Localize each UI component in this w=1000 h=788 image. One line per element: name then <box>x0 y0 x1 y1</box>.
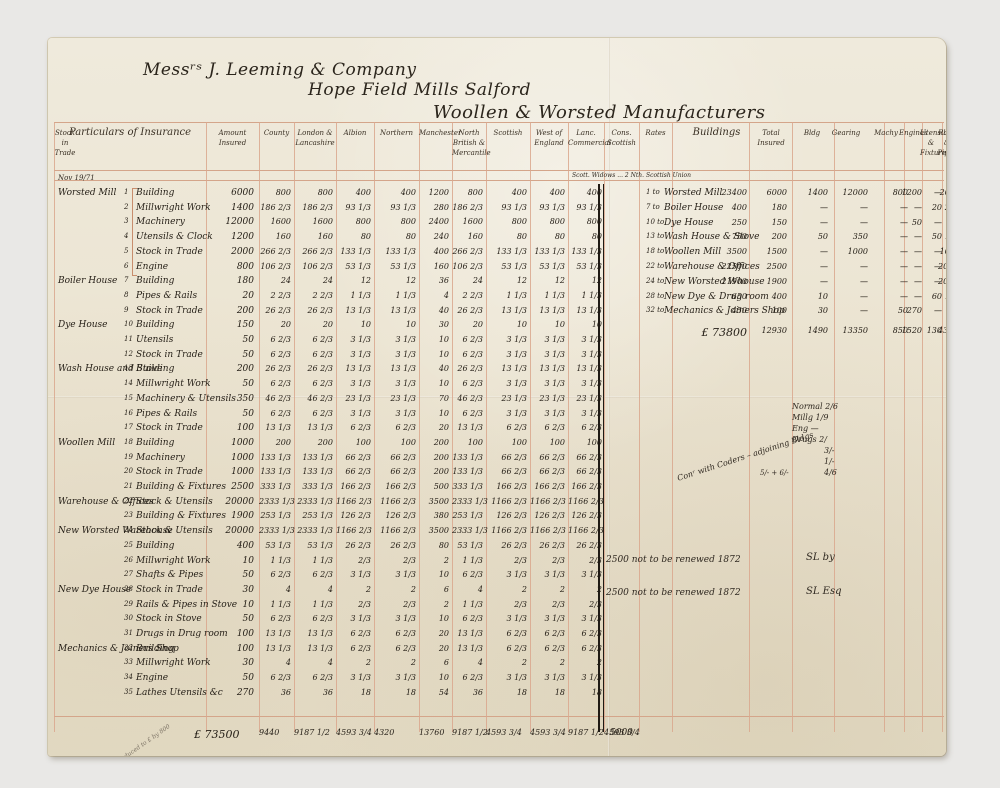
row-share: 4 <box>259 585 291 594</box>
row-share: 266 2/3 <box>294 247 333 256</box>
row-share: 1600 <box>294 217 333 226</box>
row-share: 2 <box>486 585 527 594</box>
row-share: 160 <box>294 232 333 241</box>
row-share: 13 1/3 <box>452 423 483 432</box>
row-share: 3 1/3 <box>486 335 527 344</box>
column-rule <box>922 122 923 732</box>
row-share: 12 <box>486 276 527 285</box>
row-share: 13 1/3 <box>486 364 527 373</box>
row-number: 11 <box>124 335 133 343</box>
row-item: Engine <box>136 262 168 272</box>
row-share: 10 <box>419 673 449 682</box>
row-share: 1 1/3 <box>452 600 483 609</box>
row-share: 6 2/3 <box>452 350 483 359</box>
letterhead: Messʳˢ J. Leeming & Company Hope Field M… <box>143 60 843 130</box>
row-share: 46 2/3 <box>294 394 333 403</box>
building-value: 270 <box>900 306 922 315</box>
building-value: 50 <box>938 218 946 227</box>
row-share: 18 <box>530 688 565 697</box>
row-share: 333 1/3 <box>259 482 291 491</box>
row-share: 253 1/3 <box>294 511 333 520</box>
row-share: 13 1/3 <box>530 364 565 373</box>
building-value: 50 <box>792 232 828 241</box>
building-value: 1200 <box>900 188 922 197</box>
row-group-label: Boiler House <box>58 276 117 286</box>
row-share: 400 <box>568 188 602 197</box>
row-amount: 10 <box>206 600 254 610</box>
row-share: 13 1/3 <box>294 644 333 653</box>
row-share: 80 <box>568 232 602 241</box>
row-share: 2333 1/3 <box>294 497 333 506</box>
row-share: 53 1/3 <box>259 541 291 550</box>
row-share: 126 2/3 <box>530 511 565 520</box>
column-header: Cons. Scottish <box>604 128 639 148</box>
row-number: 8 <box>124 291 128 299</box>
building-value: — <box>832 218 868 227</box>
row-number: 25 <box>124 541 133 549</box>
row-share: 6 2/3 <box>530 644 565 653</box>
row-amount: 50 <box>206 350 254 360</box>
row-item: Stock in Trade <box>136 467 203 477</box>
column-header: Amount Insured <box>206 128 259 148</box>
row-share: 2333 1/3 <box>259 497 291 506</box>
row-share: 3 1/3 <box>486 673 527 682</box>
building-value: 21900 <box>709 277 747 286</box>
row-share: 1166 2/3 <box>336 497 371 506</box>
row-share: 10 <box>530 320 565 329</box>
row-amount: 1200 <box>206 232 254 242</box>
row-group-label: New Dye House <box>58 585 131 595</box>
row-share: 186 2/3 <box>259 203 291 212</box>
building-value: 400 <box>709 203 747 212</box>
row-share: 6 2/3 <box>452 409 483 418</box>
row-share: 1 1/3 <box>530 291 565 300</box>
row-share: 23 1/3 <box>568 394 602 403</box>
row-share: 3 1/3 <box>530 409 565 418</box>
building-ref: 1 to <box>646 188 660 196</box>
row-item: Stock in Trade <box>136 585 203 595</box>
row-share: 3500 <box>419 526 449 535</box>
row-share: 18 <box>374 688 416 697</box>
building-ref: 24 to <box>646 277 664 285</box>
row-share: 200 <box>259 438 291 447</box>
row-share: 1 1/3 <box>568 291 602 300</box>
row-share: 106 2/3 <box>452 262 483 271</box>
row-share: 80 <box>486 232 527 241</box>
column-header: Lanc. Commercial <box>568 128 604 148</box>
row-share: 18 <box>568 688 602 697</box>
row-share: 133 1/3 <box>294 453 333 462</box>
row-share: 3 1/3 <box>568 409 602 418</box>
row-number: 34 <box>124 673 133 681</box>
row-share: 6 2/3 <box>294 409 333 418</box>
row-share: 66 2/3 <box>336 467 371 476</box>
building-value: 12000 <box>832 188 868 197</box>
building-value: — <box>900 292 922 301</box>
building-value: 23400 <box>709 188 747 197</box>
row-share: 1 1/3 <box>452 556 483 565</box>
rates-note: Normal 2/6 <box>792 402 838 411</box>
row-share: 2/3 <box>336 556 371 565</box>
row-share: 3 1/3 <box>486 409 527 418</box>
row-share: 2 2/3 <box>259 291 291 300</box>
row-share: 800 <box>374 217 416 226</box>
total-share: 4593 3/4 <box>486 728 522 737</box>
row-amount: 1400 <box>206 203 254 213</box>
row-share: 4 <box>294 658 333 667</box>
total-share: 9440 <box>259 728 279 737</box>
row-number: 16 <box>124 409 133 417</box>
row-number: 29 <box>124 600 133 608</box>
row-share: 6 2/3 <box>336 423 371 432</box>
row-amount: 1000 <box>206 453 254 463</box>
row-item: Stock in Trade <box>136 306 203 316</box>
row-share: 6 2/3 <box>374 644 416 653</box>
row-share: 13 1/3 <box>259 629 291 638</box>
row-share: 3 1/3 <box>374 570 416 579</box>
row-item: Pipes & Rails <box>136 409 197 419</box>
row-share: 3 1/3 <box>530 570 565 579</box>
row-share: 4 <box>452 585 483 594</box>
row-amount: 100 <box>206 644 254 654</box>
row-number: 26 <box>124 556 133 564</box>
horizontal-rule <box>54 180 944 181</box>
row-share: 2 2/3 <box>452 291 483 300</box>
row-share: 36 <box>294 688 333 697</box>
row-share: 66 2/3 <box>374 467 416 476</box>
row-share: 13 1/3 <box>294 423 333 432</box>
row-share: 13 1/3 <box>452 644 483 653</box>
column-rule <box>904 122 905 732</box>
rates-note: 1/- <box>824 457 835 466</box>
row-share: 2333 1/3 <box>294 526 333 535</box>
row-share: 126 2/3 <box>336 511 371 520</box>
row-item: Millwright Work <box>136 556 211 566</box>
column-rule <box>834 122 835 732</box>
building-value: 1500 <box>751 247 787 256</box>
row-share: 3 1/3 <box>530 673 565 682</box>
row-share: 4 <box>419 291 449 300</box>
pencil-note: reduced to £ by 800 <box>118 723 172 756</box>
row-share: 6 2/3 <box>530 423 565 432</box>
row-share: 2 <box>419 600 449 609</box>
row-share: 240 <box>419 232 449 241</box>
building-value: — <box>792 262 828 271</box>
row-number: 24 <box>124 526 133 534</box>
row-share: 12 <box>336 276 371 285</box>
row-share: 6 2/3 <box>452 379 483 388</box>
row-share: 3 1/3 <box>486 379 527 388</box>
row-share: 2400 <box>419 217 449 226</box>
row-number: 28 <box>124 585 133 593</box>
ledger-sheet: Messʳˢ J. Leeming & Company Hope Field M… <box>48 38 946 756</box>
column-header: Gearing <box>826 128 866 138</box>
building-value: 100 <box>751 306 787 315</box>
trade-line: Woollen & Worsted Manufacturers <box>433 102 766 123</box>
building-value: 20000 <box>938 277 946 286</box>
row-share: 6 2/3 <box>294 350 333 359</box>
row-share: 6 2/3 <box>259 570 291 579</box>
building-value: 250 <box>709 218 747 227</box>
building-value: 22500 <box>709 262 747 271</box>
row-number: 31 <box>124 629 133 637</box>
row-amount: 30 <box>206 585 254 595</box>
total-amount: £ 73500 <box>194 728 240 741</box>
row-share: 6 2/3 <box>374 629 416 638</box>
row-share: 333 1/3 <box>294 482 333 491</box>
column-header: Buildings <box>684 128 749 138</box>
row-share: 10 <box>419 570 449 579</box>
building-ref: 13 to <box>646 232 664 240</box>
row-share: 46 2/3 <box>452 394 483 403</box>
row-share: 1 1/3 <box>294 556 333 565</box>
row-share: 20 <box>294 320 333 329</box>
row-share: 133 1/3 <box>568 247 602 256</box>
row-share: 10 <box>419 335 449 344</box>
row-share: 3 1/3 <box>568 350 602 359</box>
row-share: 3 1/3 <box>336 379 371 388</box>
row-share: 400 <box>336 188 371 197</box>
row-share: 53 1/3 <box>294 541 333 550</box>
row-share: 2/3 <box>530 556 565 565</box>
row-share: 26 2/3 <box>294 364 333 373</box>
building-value: — <box>832 306 868 315</box>
building-total: 1520 <box>900 326 922 335</box>
building-value: — <box>832 292 868 301</box>
row-share: 200 <box>419 438 449 447</box>
row-share: 100 <box>486 438 527 447</box>
row-number: 6 <box>124 262 128 270</box>
row-share: 133 1/3 <box>486 247 527 256</box>
row-share: 36 <box>452 688 483 697</box>
column-header: London & Lancashire <box>294 128 336 148</box>
building-value: 1400 <box>792 188 828 197</box>
building-value: 1000 <box>832 247 868 256</box>
row-share: 1600 <box>259 217 291 226</box>
row-share: 166 2/3 <box>486 482 527 491</box>
column-header: Manchester <box>419 128 452 138</box>
row-share: 66 2/3 <box>374 453 416 462</box>
building-ref: 18 to <box>646 247 664 255</box>
row-share: 2 <box>419 556 449 565</box>
column-header: Rates <box>639 128 672 138</box>
row-share: 2 <box>568 658 602 667</box>
row-share: 1 1/3 <box>374 291 416 300</box>
row-share: 6 2/3 <box>568 629 602 638</box>
row-share: 3 1/3 <box>486 350 527 359</box>
row-share: 800 <box>452 188 483 197</box>
building-value: 750 <box>709 232 747 241</box>
row-share: 12 <box>374 276 416 285</box>
row-item: Building <box>136 276 174 286</box>
building-value: — <box>792 247 828 256</box>
column-header: Rails & Pipes <box>936 128 946 158</box>
row-number: 22 <box>124 497 133 505</box>
row-amount: 6000 <box>206 188 254 198</box>
row-share: 1 1/3 <box>259 556 291 565</box>
building-value: 10 <box>792 292 828 301</box>
row-share: 2/3 <box>486 556 527 565</box>
row-share: 3 1/3 <box>374 409 416 418</box>
row-share: 10 <box>419 409 449 418</box>
row-amount: 50 <box>206 673 254 683</box>
row-share: 24 <box>294 276 333 285</box>
row-amount: 180 <box>206 276 254 286</box>
row-share: 800 <box>530 217 565 226</box>
row-share: 1 1/3 <box>336 291 371 300</box>
row-number: 10 <box>124 320 133 328</box>
row-share: 3 1/3 <box>568 379 602 388</box>
row-amount: 100 <box>206 629 254 639</box>
total-share: 4593 3/4 <box>530 728 566 737</box>
row-item: Utensils & Clock <box>136 232 213 242</box>
row-share: 2 <box>336 658 371 667</box>
row-share: 66 2/3 <box>530 453 565 462</box>
building-value: 350 <box>832 232 868 241</box>
row-share: 166 2/3 <box>568 482 602 491</box>
row-number: 30 <box>124 614 133 622</box>
row-share: 3 1/3 <box>336 570 371 579</box>
column-header: Particulars of Insurance <box>54 128 206 138</box>
building-total: 1490 <box>792 326 828 335</box>
row-share: 2 <box>486 658 527 667</box>
row-share: 66 2/3 <box>568 467 602 476</box>
row-share: 3 1/3 <box>374 335 416 344</box>
row-number: 7 <box>124 276 128 284</box>
row-share: 6 2/3 <box>452 614 483 623</box>
row-share: 13 1/3 <box>374 306 416 315</box>
row-share: 12 <box>568 276 602 285</box>
building-value: 1000 <box>938 247 946 256</box>
row-item: Millwright Work <box>136 203 211 213</box>
row-share: 2/3 <box>568 556 602 565</box>
building-value: — <box>792 203 828 212</box>
row-share: 66 2/3 <box>336 453 371 462</box>
row-share: 10 <box>336 320 371 329</box>
row-amount: 400 <box>206 541 254 551</box>
rates-note: 3/- <box>824 446 835 455</box>
initials: SL by <box>806 552 835 563</box>
row-share: 3 1/3 <box>336 350 371 359</box>
row-number: 12 <box>124 350 133 358</box>
row-share: 10 <box>419 350 449 359</box>
row-share: 1166 2/3 <box>486 526 527 535</box>
row-item: Pipes & Rails <box>136 291 197 301</box>
column-rule <box>54 122 55 732</box>
row-number: 5 <box>124 247 128 255</box>
column-rule <box>604 122 605 732</box>
row-share: 2/3 <box>568 600 602 609</box>
row-share: 200 <box>419 467 449 476</box>
row-amount: 10 <box>206 556 254 566</box>
row-number: 20 <box>124 467 133 475</box>
row-share: 1200 <box>419 188 449 197</box>
row-number: 3 <box>124 217 128 225</box>
building-ref: 22 to <box>646 262 664 270</box>
row-item: Machinery <box>136 453 185 463</box>
row-share: 800 <box>568 217 602 226</box>
row-share: 20 <box>452 320 483 329</box>
row-share: 186 2/3 <box>452 203 483 212</box>
row-number: 21 <box>124 482 133 490</box>
row-share: 6 2/3 <box>259 673 291 682</box>
row-amount: 12000 <box>206 217 254 227</box>
column-header: West of England <box>530 128 568 148</box>
row-share: 30 <box>419 320 449 329</box>
row-share: 3 1/3 <box>336 614 371 623</box>
row-share: 2/3 <box>336 600 371 609</box>
row-item: Stock in Stove <box>136 614 202 624</box>
row-share: 266 2/3 <box>452 247 483 256</box>
horizontal-rule <box>54 716 944 717</box>
row-share: 6 2/3 <box>568 644 602 653</box>
row-group-label: Woollen Mill <box>58 438 115 448</box>
building-value: 200 <box>938 203 946 212</box>
building-value: 450 <box>709 306 747 315</box>
row-share: 400 <box>486 188 527 197</box>
row-share: 800 <box>486 217 527 226</box>
row-share: 133 1/3 <box>452 453 483 462</box>
row-share: 18 <box>486 688 527 697</box>
building-value: 180 <box>938 292 946 301</box>
row-share: 2 2/3 <box>294 291 333 300</box>
row-share: 1166 2/3 <box>530 526 565 535</box>
mill-location-line: Hope Field Mills Salford <box>308 80 531 100</box>
building-value: 650 <box>709 292 747 301</box>
building-value: 2000 <box>938 188 946 197</box>
row-amount: 50 <box>206 335 254 345</box>
row-share: 100 <box>568 438 602 447</box>
row-share: 53 1/3 <box>530 262 565 271</box>
row-share: 2 <box>568 585 602 594</box>
row-share: 26 2/3 <box>259 364 291 373</box>
total-share: 9187 1/2 <box>294 728 330 737</box>
row-amount: 20000 <box>206 526 254 536</box>
row-item: Stock & Utensils <box>136 526 213 536</box>
row-share: 200 <box>294 438 333 447</box>
row-share: 1600 <box>452 217 483 226</box>
row-share: 26 2/3 <box>452 306 483 315</box>
building-ref: 10 to <box>646 218 664 226</box>
building-total: £ 73800 <box>684 326 747 339</box>
building-value: 100 <box>938 232 946 241</box>
row-share: 186 2/3 <box>294 203 333 212</box>
horizontal-rule <box>54 170 944 171</box>
building-value: — <box>832 262 868 271</box>
column-rule <box>639 122 640 732</box>
row-share: 6 2/3 <box>486 629 527 638</box>
row-share: 1166 2/3 <box>486 497 527 506</box>
row-number: 19 <box>124 453 133 461</box>
building-value: — <box>792 277 828 286</box>
row-share: 400 <box>419 247 449 256</box>
row-share: 2333 1/3 <box>452 526 483 535</box>
row-share: 133 1/3 <box>374 247 416 256</box>
row-amount: 50 <box>206 614 254 624</box>
column-header: Total Insured <box>751 128 791 148</box>
row-share: 93 1/3 <box>486 203 527 212</box>
ink-stroke <box>598 184 600 732</box>
building-value: — <box>792 218 828 227</box>
row-item: Millwright Work <box>136 379 211 389</box>
row-share: 253 1/3 <box>452 511 483 520</box>
building-value: 180 <box>751 203 787 212</box>
row-share: 280 <box>419 203 449 212</box>
row-share: 380 <box>419 511 449 520</box>
row-share: 20 <box>419 644 449 653</box>
row-amount: 1900 <box>206 511 254 521</box>
row-share: 6 2/3 <box>530 629 565 638</box>
